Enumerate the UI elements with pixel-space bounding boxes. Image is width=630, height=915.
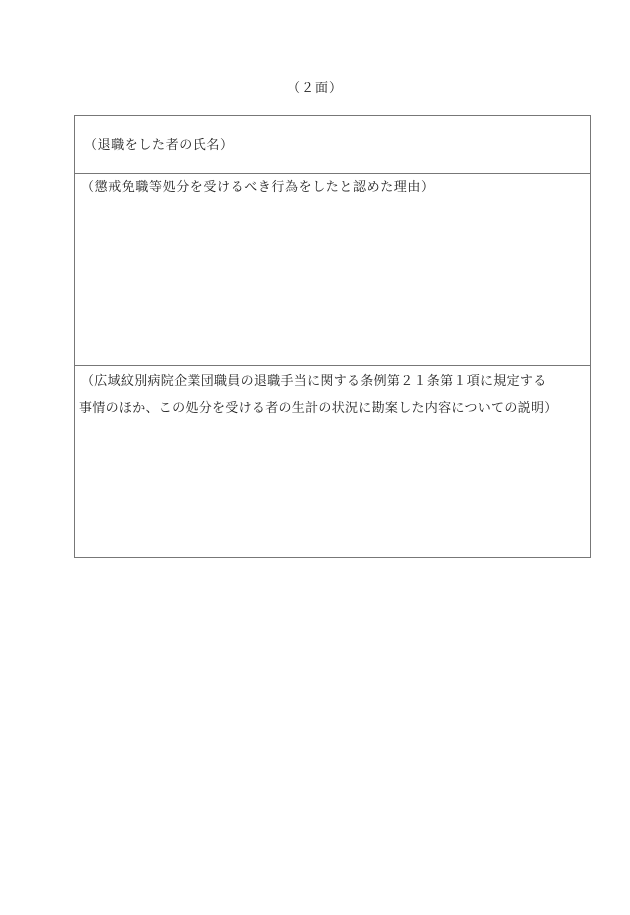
page-number-label: （２面） bbox=[0, 77, 630, 96]
disciplinary-reason-field[interactable]: （懲戒免職等処分を受けるべき行為をしたと認めた理由） bbox=[75, 173, 590, 365]
livelihood-explanation-label: （広域紋別病院企業団職員の退職手当に関する条例第２１条第１項に規定する 事情のほ… bbox=[81, 368, 558, 422]
form-table: （退職をした者の氏名） （懲戒免職等処分を受けるべき行為をしたと認めた理由） （… bbox=[74, 115, 591, 558]
retiree-name-field[interactable]: （退職をした者の氏名） bbox=[75, 116, 590, 173]
livelihood-explanation-label-line2: 事情のほか、この処分を受ける者の生計の状況に勘案した内容についての説明） bbox=[79, 395, 558, 422]
livelihood-explanation-field[interactable]: （広域紋別病院企業団職員の退職手当に関する条例第２１条第１項に規定する 事情のほ… bbox=[75, 365, 590, 557]
livelihood-explanation-label-line1: （広域紋別病院企業団職員の退職手当に関する条例第２１条第１項に規定する bbox=[81, 368, 558, 395]
retiree-name-label: （退職をした者の氏名） bbox=[84, 132, 234, 159]
disciplinary-reason-label: （懲戒免職等処分を受けるべき行為をしたと認めた理由） bbox=[81, 174, 435, 201]
